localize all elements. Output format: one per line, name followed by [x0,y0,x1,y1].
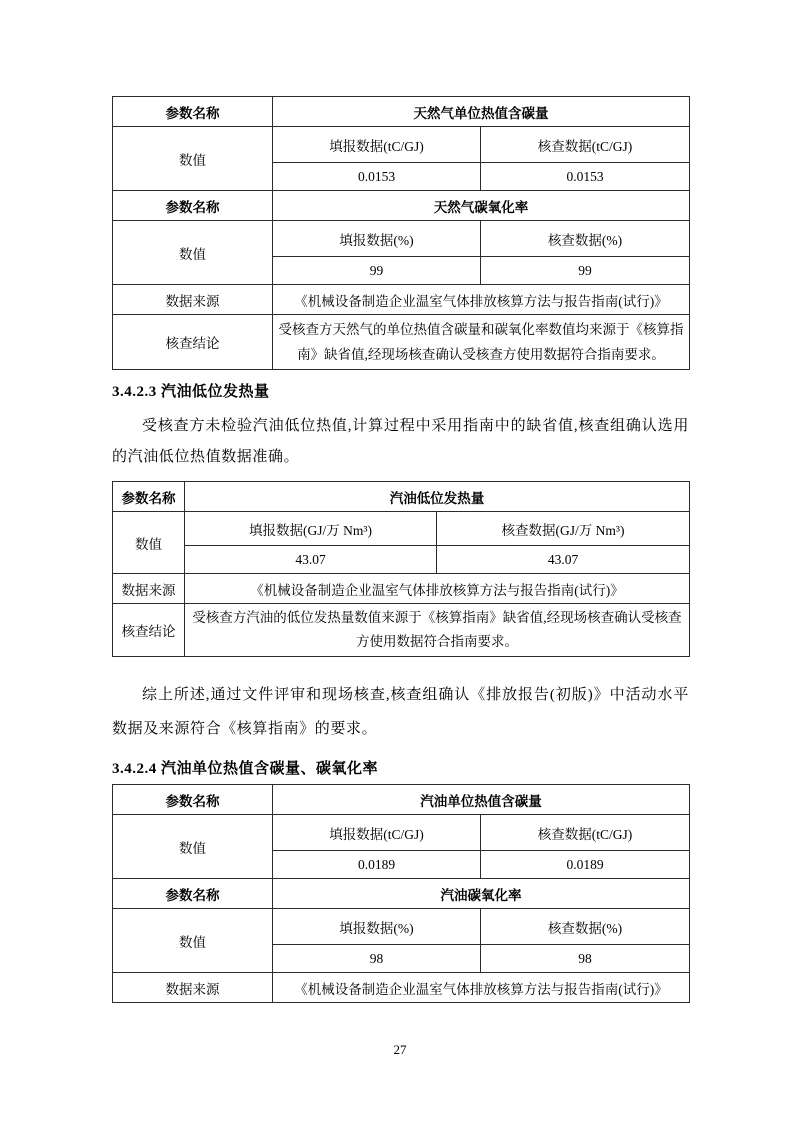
reported-header-cell: 填报数据(GJ/万 Nm³) [185,512,437,546]
source-label-cell: 数据来源 [113,285,273,315]
reported-value-cell: 99 [273,257,481,285]
reported-value-cell: 0.0153 [273,163,481,191]
verified-header-cell: 核查数据(tC/GJ) [481,127,690,163]
table-row: 核查结论 受核查方天然气的单位热值含碳量和碳氧化率数值均来源于《核算指南》缺省值… [113,315,690,370]
verified-value-cell: 99 [481,257,690,285]
value-label-cell: 数值 [113,221,273,285]
page-content: 参数名称 天然气单位热值含碳量 数值 填报数据(tC/GJ) 核查数据(tC/G… [112,96,689,1003]
value-label-cell: 数值 [113,909,273,973]
param-label-cell: 参数名称 [113,97,273,127]
param-table-natural-gas: 参数名称 天然气单位热值含碳量 数值 填报数据(tC/GJ) 核查数据(tC/G… [112,96,690,370]
conclusion-label-cell: 核查结论 [113,604,185,657]
reported-header-cell: 填报数据(%) [273,909,481,945]
verified-value-cell: 43.07 [437,546,690,574]
reported-header-cell: 填报数据(tC/GJ) [273,815,481,851]
value-label-cell: 数值 [113,512,185,574]
conclusion-label-cell: 核查结论 [113,315,273,370]
paragraph-summary: 综上所述,通过文件评审和现场核查,核查组确认《排放报告(初版)》中活动水平数据及… [112,678,689,746]
table-row: 参数名称 汽油碳氧化率 [113,879,690,909]
verified-value-cell: 98 [481,945,690,973]
table-row: 数值 填报数据(GJ/万 Nm³) 核查数据(GJ/万 Nm³) [113,512,690,546]
table-row: 数值 填报数据(%) 核查数据(%) [113,909,690,945]
param-label-cell: 参数名称 [113,482,185,512]
table-row: 数据来源 《机械设备制造企业温室气体排放核算方法与报告指南(试行)》 [113,574,690,604]
source-value-cell: 《机械设备制造企业温室气体排放核算方法与报告指南(试行)》 [185,574,690,604]
table-row: 参数名称 汽油单位热值含碳量 [113,785,690,815]
reported-value-cell: 0.0189 [273,851,481,879]
conclusion-text-cell: 受核查方汽油的低位发热量数值来源于《核算指南》缺省值,经现场核查确认受核查方使用… [185,604,690,657]
source-value-cell: 《机械设备制造企业温室气体排放核算方法与报告指南(试行)》 [273,285,690,315]
table-row: 数据来源 《机械设备制造企业温室气体排放核算方法与报告指南(试行)》 [113,973,690,1003]
param-name-cell: 汽油单位热值含碳量 [273,785,690,815]
table-row: 数值 填报数据(tC/GJ) 核查数据(tC/GJ) [113,127,690,163]
table-row: 数值 填报数据(%) 核查数据(%) [113,221,690,257]
param-label-cell: 参数名称 [113,785,273,815]
param-name-cell: 天然气单位热值含碳量 [273,97,690,127]
param-name-cell: 汽油低位发热量 [185,482,690,512]
verified-header-cell: 核查数据(tC/GJ) [481,815,690,851]
reported-value-cell: 43.07 [185,546,437,574]
param-label-cell: 参数名称 [113,191,273,221]
verified-header-cell: 核查数据(%) [481,909,690,945]
document-page: { "page": { "number": "27" }, "headings"… [0,0,800,1132]
page-number: 27 [0,1042,800,1058]
param-table-gasoline-ncv: 参数名称 汽油低位发热量 数值 填报数据(GJ/万 Nm³) 核查数据(GJ/万… [112,481,690,657]
paragraph-gasoline-ncv: 受核查方未检验汽油低位热值,计算过程中采用指南中的缺省值,核查组确认选用的汽油低… [112,411,689,473]
reported-value-cell: 98 [273,945,481,973]
verified-value-cell: 0.0153 [481,163,690,191]
table-row: 参数名称 天然气单位热值含碳量 [113,97,690,127]
param-name-cell: 天然气碳氧化率 [273,191,690,221]
source-label-cell: 数据来源 [113,574,185,604]
conclusion-text-cell: 受核查方天然气的单位热值含碳量和碳氧化率数值均来源于《核算指南》缺省值,经现场核… [273,315,690,370]
verified-header-cell: 核查数据(GJ/万 Nm³) [437,512,690,546]
table-row: 数值 填报数据(tC/GJ) 核查数据(tC/GJ) [113,815,690,851]
table-row: 数据来源 《机械设备制造企业温室气体排放核算方法与报告指南(试行)》 [113,285,690,315]
value-label-cell: 数值 [113,127,273,191]
verified-header-cell: 核查数据(%) [481,221,690,257]
value-label-cell: 数值 [113,815,273,879]
param-label-cell: 参数名称 [113,879,273,909]
verified-value-cell: 0.0189 [481,851,690,879]
section-heading-3424: 3.4.2.4 汽油单位热值含碳量、碳氧化率 [112,759,689,779]
reported-header-cell: 填报数据(%) [273,221,481,257]
source-value-cell: 《机械设备制造企业温室气体排放核算方法与报告指南(试行)》 [273,973,690,1003]
source-label-cell: 数据来源 [113,973,273,1003]
reported-header-cell: 填报数据(tC/GJ) [273,127,481,163]
table-row: 核查结论 受核查方汽油的低位发热量数值来源于《核算指南》缺省值,经现场核查确认受… [113,604,690,657]
table-row: 43.07 43.07 [113,546,690,574]
param-table-gasoline-carbon: 参数名称 汽油单位热值含碳量 数值 填报数据(tC/GJ) 核查数据(tC/GJ… [112,784,690,1003]
table-row: 参数名称 天然气碳氧化率 [113,191,690,221]
param-name-cell: 汽油碳氧化率 [273,879,690,909]
section-heading-3423: 3.4.2.3 汽油低位发热量 [112,382,689,402]
table-row: 参数名称 汽油低位发热量 [113,482,690,512]
